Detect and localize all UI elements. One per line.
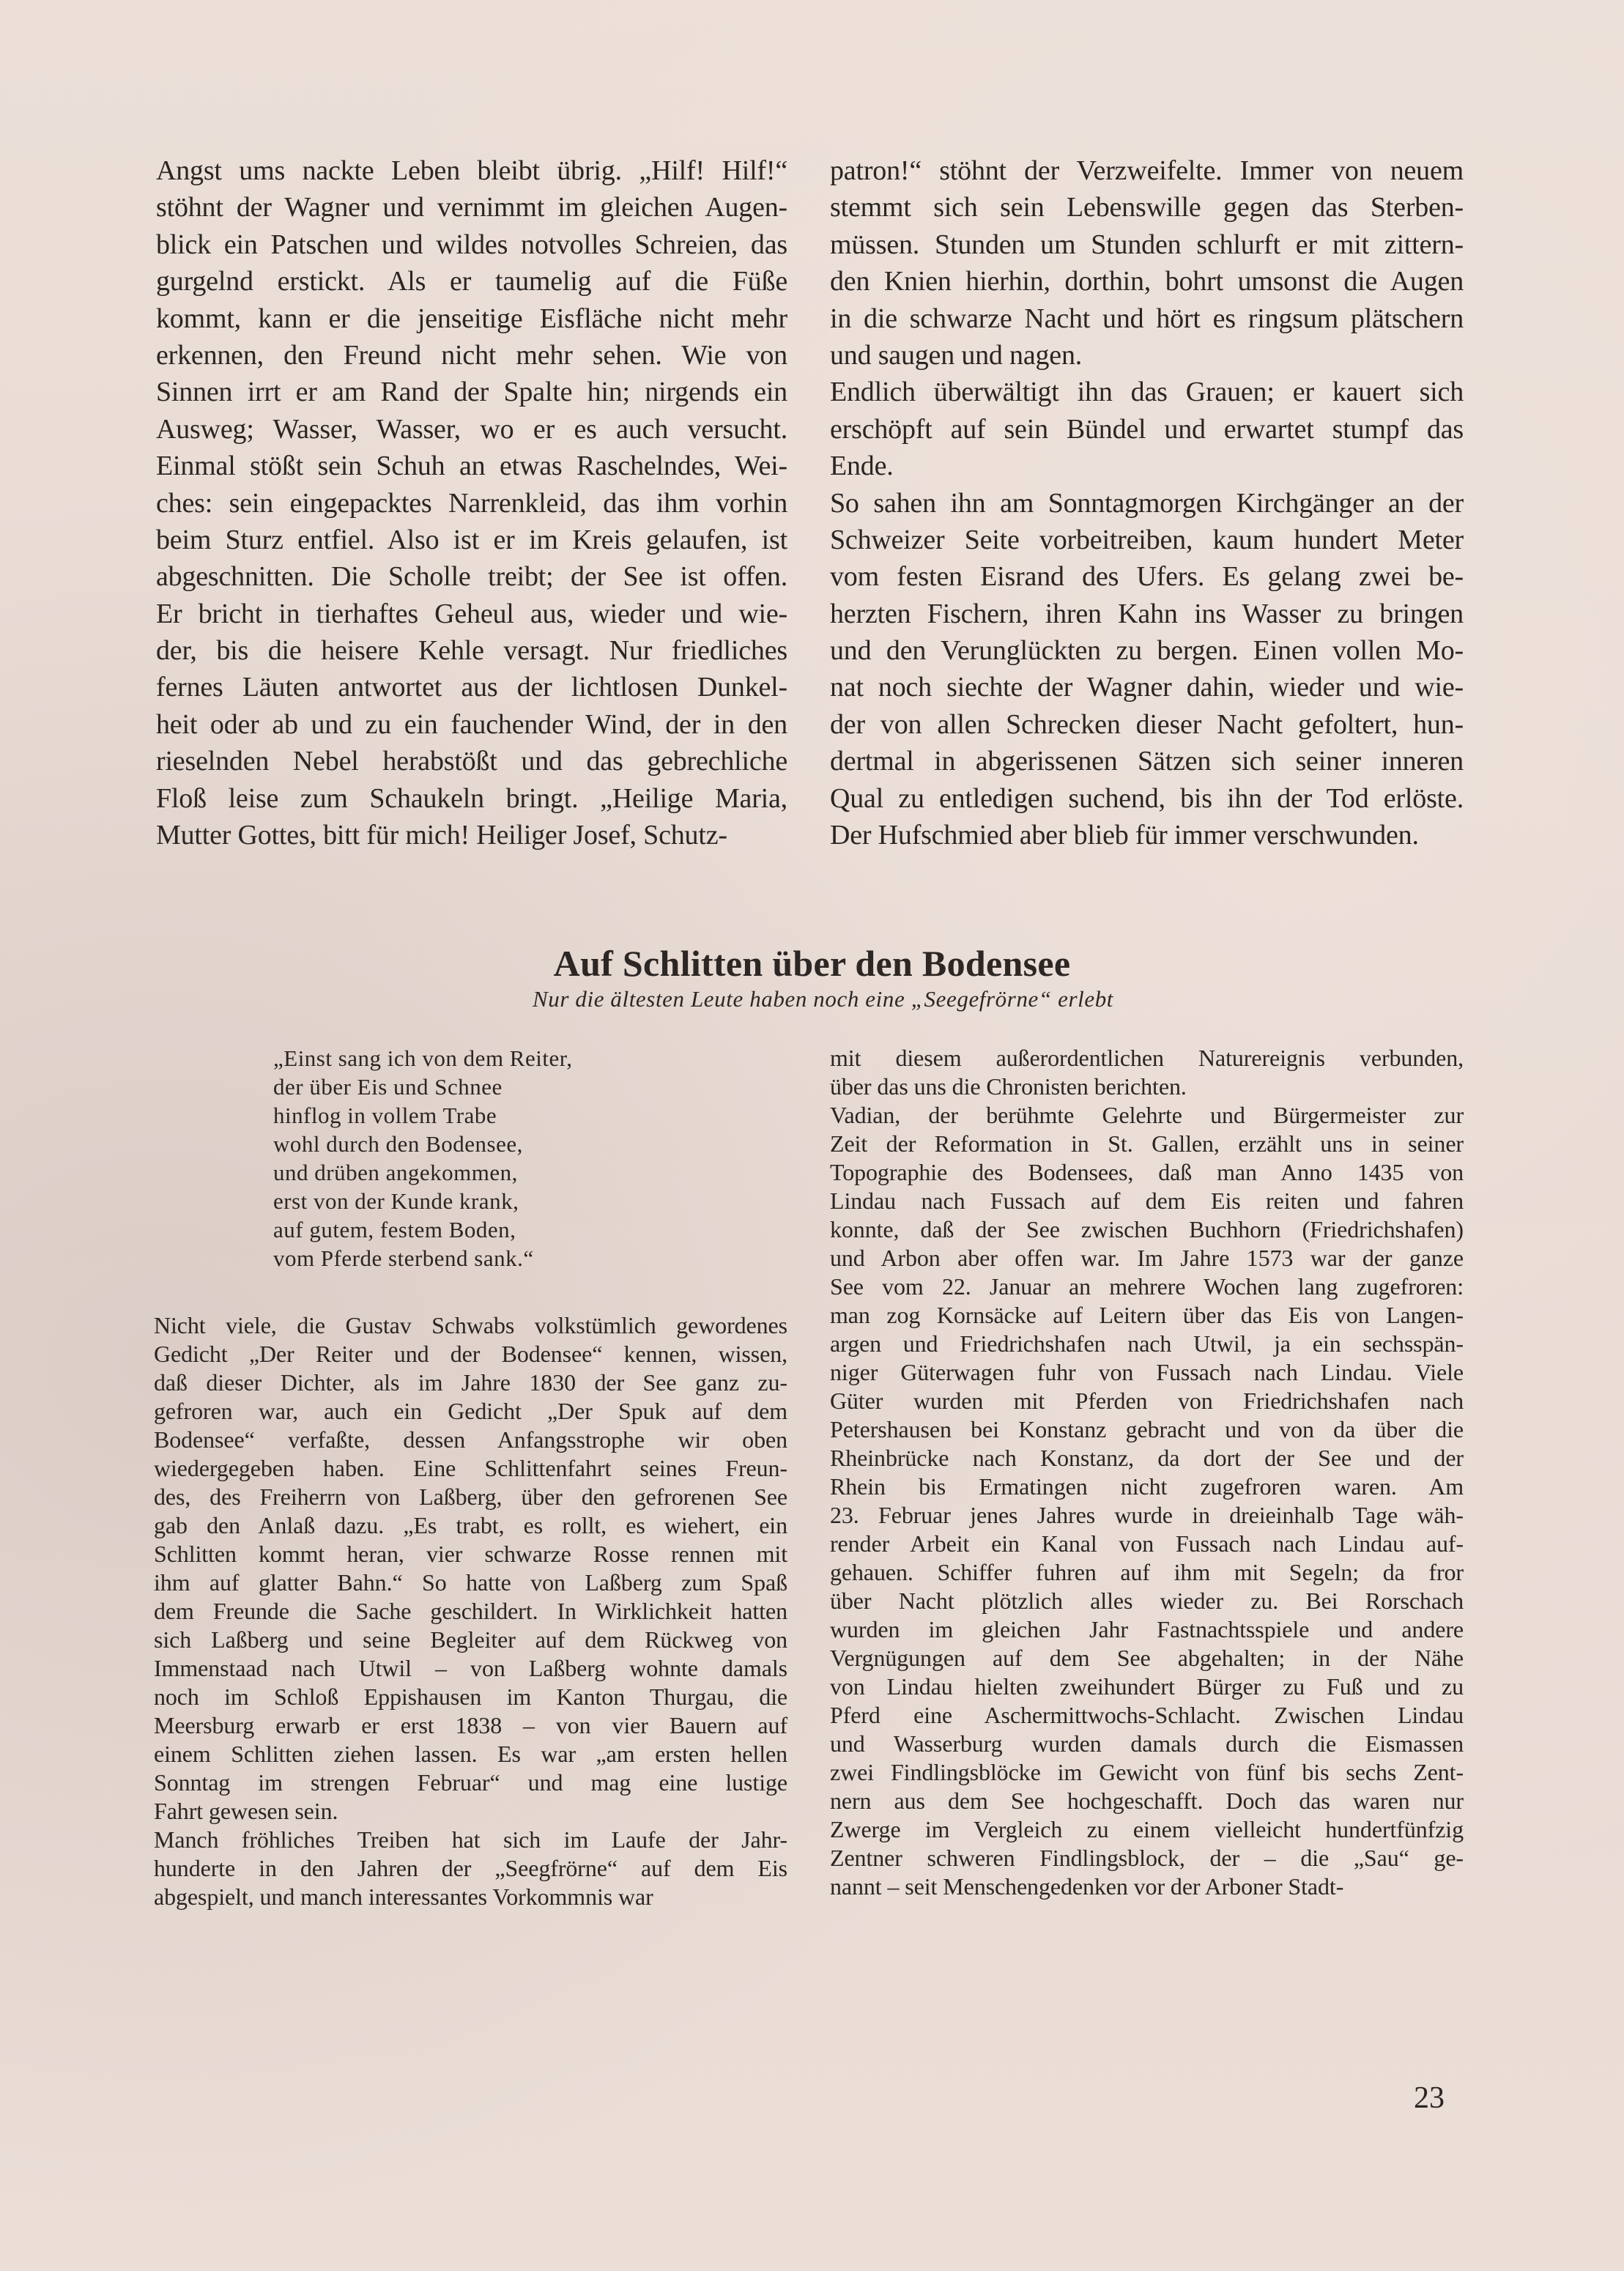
article-left-column: Nicht viele, die Gustav Schwabs volkstüm… <box>154 1311 787 1911</box>
text-line: 23. Februar jenes Jahres wurde in dreiei… <box>830 1501 1464 1530</box>
text-line: Angst ums nackte Leben bleibt übrig. „Hi… <box>156 152 787 189</box>
text-line: Mutter Gottes, bitt für mich! Heiliger J… <box>156 817 787 853</box>
article-right-column: mit diesem außerordentlichen Naturereign… <box>830 1044 1464 1901</box>
text-line: der über Eis und Schnee <box>273 1072 713 1101</box>
text-line: daß dieser Dichter, als im Jahre 1830 de… <box>154 1368 787 1397</box>
text-line: über Nacht plötzlich alles wieder zu. Be… <box>830 1587 1464 1615</box>
text-line: ches: sein eingepacktes Narrenkleid, das… <box>156 485 787 522</box>
text-line: Zeit der Reformation in St. Gallen, erzä… <box>830 1130 1464 1158</box>
text-line: argen und Friedrichshafen nach Utwil, ja… <box>830 1330 1464 1358</box>
text-line: hinflog in vollem Trabe <box>273 1101 713 1130</box>
text-line: erschöpft auf sein Bündel und erwartet s… <box>830 411 1464 448</box>
text-line: Sonntag im strengen Februar“ und mag ein… <box>154 1768 787 1797</box>
text-line: und den Verunglückten zu bergen. Einen v… <box>830 632 1464 669</box>
text-line: mit diesem außerordentlichen Naturereign… <box>830 1044 1464 1072</box>
text-line: müssen. Stunden um Stunden schlurft er m… <box>830 226 1464 263</box>
article-subtitle: Nur die ältesten Leute haben noch eine „… <box>0 986 1624 1012</box>
text-line: Fahrt gewesen sein. <box>154 1797 787 1826</box>
text-line: Ausweg; Wasser, Wasser, wo er es auch ve… <box>156 411 787 448</box>
text-line: „Einst sang ich von dem Reiter, <box>273 1044 713 1072</box>
text-line: Schweizer Seite vorbeitreiben, kaum hund… <box>830 522 1464 558</box>
text-line: dem Freunde die Sache geschildert. In Wi… <box>154 1597 787 1626</box>
text-line: gefroren war, auch ein Gedicht „Der Spuk… <box>154 1397 787 1426</box>
text-line: einem Schlitten ziehen lassen. Es war „a… <box>154 1740 787 1768</box>
text-line: Er bricht in tierhaftes Geheul aus, wied… <box>156 596 787 632</box>
text-line: Floß leise zum Schaukeln bringt. „Heilig… <box>156 780 787 817</box>
text-line: Gedicht „Der Reiter und der Bodensee“ ke… <box>154 1340 787 1368</box>
article-heading: Auf Schlitten über den Bodensee <box>0 942 1624 985</box>
text-line: See vom 22. Januar an mehrere Wochen lan… <box>830 1272 1464 1301</box>
text-line: kommt, kann er die jenseitige Eisfläche … <box>156 300 787 337</box>
text-line: blick ein Patschen und wildes notvolles … <box>156 226 787 263</box>
text-line: des, des Freiherrn von Laßberg, über den… <box>154 1483 787 1511</box>
text-line: Sinnen irrt er am Rand der Spalte hin; n… <box>156 374 787 410</box>
text-line: dertmal in abgerissenen Sätzen sich sein… <box>830 743 1464 779</box>
text-line: stöhnt der Wagner und vernimmt im gleich… <box>156 189 787 226</box>
text-line: Ende. <box>830 448 1464 484</box>
text-line: Immenstaad nach Utwil – von Laßberg wohn… <box>154 1654 787 1683</box>
text-line: Zentner schweren Findlingsblock, der – d… <box>830 1844 1464 1872</box>
text-line: hunderte in den Jahren der „Seegfrörne“ … <box>154 1854 787 1883</box>
text-line: über das uns die Chronisten berichten. <box>830 1072 1464 1101</box>
text-line: man zog Kornsäcke auf Leitern über das E… <box>830 1301 1464 1330</box>
text-line: konnte, daß der See zwischen Buchhorn (F… <box>830 1215 1464 1244</box>
text-line: vom festen Eisrand des Ufers. Es gelang … <box>830 558 1464 595</box>
text-line: erst von der Kunde krank, <box>273 1187 713 1215</box>
text-line: abgeschnitten. Die Scholle treibt; der S… <box>156 558 787 595</box>
text-line: So sahen ihn am Sonntagmorgen Kirchgänge… <box>830 485 1464 522</box>
text-line: den Knien hierhin, dorthin, bohrt umsons… <box>830 263 1464 300</box>
text-line: Vadian, der berühmte Gelehrte und Bürger… <box>830 1101 1464 1130</box>
text-line: nat noch siechte der Wagner dahin, wiede… <box>830 669 1464 705</box>
text-line: gehauen. Schiffer fuhren auf ihm mit Seg… <box>830 1558 1464 1587</box>
text-line: Lindau nach Fussach auf dem Eis reiten u… <box>830 1187 1464 1215</box>
text-line: und Arbon aber offen war. Im Jahre 1573 … <box>830 1244 1464 1272</box>
text-line: stemmt sich sein Lebenswille gegen das S… <box>830 189 1464 226</box>
text-line: Vergnügungen auf dem See abgehalten; in … <box>830 1644 1464 1672</box>
poem-quote: „Einst sang ich von dem Reiter,der über … <box>273 1044 713 1272</box>
text-line: Qual zu entledigen suchend, bis ihn der … <box>830 780 1464 817</box>
text-line: von Lindau hielten zweihundert Bürger zu… <box>830 1672 1464 1701</box>
text-line: ihm auf glatter Bahn.“ So hatte von Laßb… <box>154 1568 787 1597</box>
text-line: Bodensee“ verfaßte, dessen Anfangsstroph… <box>154 1426 787 1454</box>
text-line: Topographie des Bodensees, daß man Anno … <box>830 1158 1464 1187</box>
text-line: gab den Anlaß dazu. „Es trabt, es rollt,… <box>154 1511 787 1540</box>
text-line: beim Sturz entfiel. Also ist er im Kreis… <box>156 522 787 558</box>
text-line: zwei Findlingsblöcke im Gewicht von fünf… <box>830 1758 1464 1787</box>
text-line: der, bis die heisere Kehle versagt. Nur … <box>156 632 787 669</box>
text-line: fernes Läuten antwortet aus der lichtlos… <box>156 669 787 705</box>
text-line: heit oder ab und zu ein fauchender Wind,… <box>156 706 787 743</box>
text-line: Der Hufschmied aber blieb für immer vers… <box>830 817 1464 853</box>
top-left-column: Angst ums nackte Leben bleibt übrig. „Hi… <box>156 152 787 853</box>
text-line: und saugen und nagen. <box>830 337 1464 374</box>
text-line: abgespielt, und manch interessantes Vork… <box>154 1883 787 1911</box>
text-line: patron!“ stöhnt der Verzweifelte. Immer … <box>830 152 1464 189</box>
text-line: Nicht viele, die Gustav Schwabs volkstüm… <box>154 1311 787 1340</box>
text-line: herzten Fischern, ihren Kahn ins Wasser … <box>830 596 1464 632</box>
text-line: sich Laßberg und seine Begleiter auf dem… <box>154 1626 787 1654</box>
text-line: Güter wurden mit Pferden von Friedrichsh… <box>830 1387 1464 1415</box>
text-line: und drüben angekommen, <box>273 1158 713 1187</box>
top-right-column: patron!“ stöhnt der Verzweifelte. Immer … <box>830 152 1464 853</box>
text-line: Zwerge im Vergleich zu einem vielleicht … <box>830 1815 1464 1844</box>
page-number: 23 <box>1414 2081 1445 2116</box>
text-line: wiedergegeben haben. Eine Schlittenfahrt… <box>154 1454 787 1483</box>
text-line: vom Pferde sterbend sank.“ <box>273 1244 713 1272</box>
text-line: Rheinbrücke nach Konstanz, da dort der S… <box>830 1444 1464 1472</box>
text-line: Petershausen bei Konstanz gebracht und v… <box>830 1415 1464 1444</box>
text-line: nannt – seit Menschengedenken vor der Ar… <box>830 1872 1464 1901</box>
text-line: Rhein bis Ermatingen nicht zugefroren wa… <box>830 1472 1464 1501</box>
text-line: der von allen Schrecken dieser Nacht gef… <box>830 706 1464 743</box>
text-line: wurden im gleichen Jahr Fastnachtsspiele… <box>830 1615 1464 1644</box>
text-line: niger Güterwagen fuhr von Fussach nach L… <box>830 1358 1464 1387</box>
text-line: nern aus dem See hochgeschafft. Doch das… <box>830 1787 1464 1815</box>
text-line: Manch fröhliches Treiben hat sich im Lau… <box>154 1826 787 1854</box>
text-line: gurgelnd erstickt. Als er taumelig auf d… <box>156 263 787 300</box>
text-line: render Arbeit ein Kanal von Fussach nach… <box>830 1530 1464 1558</box>
text-line: wohl durch den Bodensee, <box>273 1130 713 1158</box>
text-line: und Wasserburg wurden damals durch die E… <box>830 1730 1464 1758</box>
text-line: auf gutem, festem Boden, <box>273 1215 713 1244</box>
text-line: Schlitten kommt heran, vier schwarze Ros… <box>154 1540 787 1568</box>
text-line: rieselnden Nebel herabstößt und das gebr… <box>156 743 787 779</box>
text-line: noch im Schloß Eppishausen im Kanton Thu… <box>154 1683 787 1711</box>
text-line: Einmal stößt sein Schuh an etwas Raschel… <box>156 448 787 484</box>
text-line: Endlich überwältigt ihn das Grauen; er k… <box>830 374 1464 410</box>
text-line: erkennen, den Freund nicht mehr sehen. W… <box>156 337 787 374</box>
text-line: Meersburg erwarb er erst 1838 – von vier… <box>154 1711 787 1740</box>
text-line: Pferd eine Aschermittwochs-Schlacht. Zwi… <box>830 1701 1464 1730</box>
text-line: in die schwarze Nacht und hört es ringsu… <box>830 300 1464 337</box>
